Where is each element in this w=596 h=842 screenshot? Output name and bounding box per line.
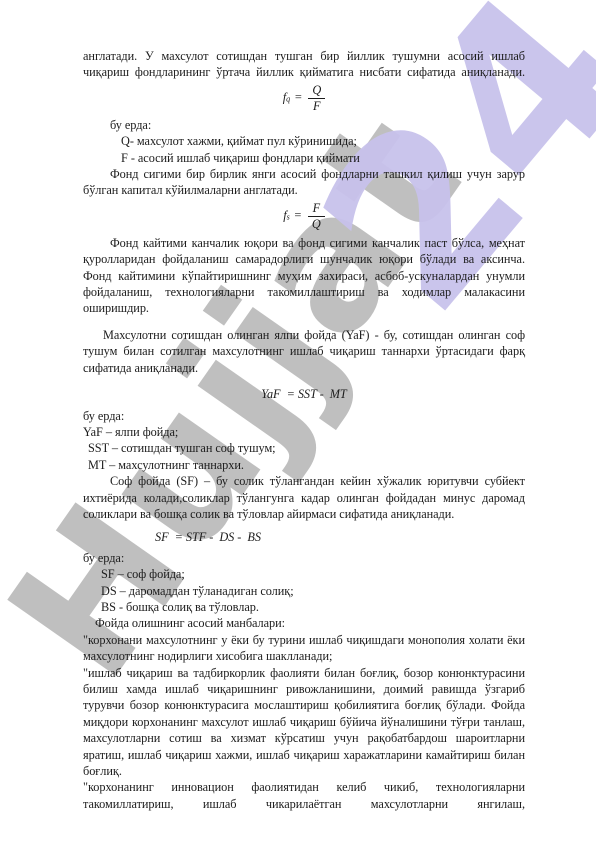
where2-item-mt: MT – махсулотнинг таннархи. xyxy=(83,457,525,473)
profit-source-item-monopoly: "корхонани махсулотнинг у ёки бу турини … xyxy=(83,632,525,665)
formula1-numerator: Q xyxy=(308,83,325,99)
page-content: англатади. У махсулот сотишдан тушган би… xyxy=(0,0,596,812)
paragraph-sof-foyda-definition: Соф фойда (SF) – бу солик тўлангандан ке… xyxy=(83,473,525,522)
formula1-equals: = xyxy=(290,90,304,104)
formula1-denominator: F xyxy=(308,99,325,114)
formula2-equals: = xyxy=(290,208,304,222)
formula-sof-foyda: SF = STF - DS - BS xyxy=(155,529,525,545)
paragraph-fond-qaytimi-discussion: Фонд кайтими канчалик юқори ва фонд сиги… xyxy=(83,235,525,317)
document-page: Hujjat 24 англатади. У махсулот сотишдан… xyxy=(0,0,596,842)
where2-item-sst: SST – сотишдан тушган соф тушум; xyxy=(83,440,525,456)
formula1-fraction: QF xyxy=(308,83,325,114)
where2-label: бу ерда: xyxy=(83,408,525,424)
formula-fond-sigimi: fs=FQ xyxy=(83,201,525,232)
formula-fond-qaytimi: fq=QF xyxy=(83,83,525,114)
paragraph-yalpi-foyda-definition: Махсулотни сотишдан олинган ялпи фойда (… xyxy=(83,327,525,376)
paragraph-fond-qaytimi-definition: англатади. У махсулот сотишдан тушган би… xyxy=(83,48,525,81)
profit-source-item-innovation: "корхонанинг инновацион фаолиятидан кели… xyxy=(83,779,525,812)
formula2-denominator: Q xyxy=(308,217,325,232)
paragraph-fond-sigimi-definition: Фонд сигими бир бирлик янги асосий фондл… xyxy=(83,166,525,199)
where3-item-sf: SF – соф фойда; xyxy=(83,566,525,582)
where3-item-ds: DS – даромаддан тўланадиган солиқ; xyxy=(83,583,525,599)
where1-label: бу ерда: xyxy=(83,117,525,133)
formula-yalpi-foyda: YaF = SST - MT xyxy=(83,386,525,402)
where3-item-bs: BS - бошқа солиқ ва тўловлар. xyxy=(83,599,525,615)
where3-label: бу ерда: xyxy=(83,550,525,566)
profit-source-item-market: "ишлаб чиқариш ва тадбиркорлик фаолияти … xyxy=(83,665,525,780)
formula2-fraction: FQ xyxy=(308,201,325,232)
formula2-numerator: F xyxy=(308,201,325,217)
where1-item-q: Q- махсулот хажми, қиймат пул кўринишида… xyxy=(83,133,525,149)
where1-item-f: F - асосий ишлаб чиқариш фондлари қиймат… xyxy=(83,150,525,166)
profit-sources-heading: Фойда олишнинг асосий манбалари: xyxy=(83,615,525,631)
where2-item-yaf: YaF – ялпи фойда; xyxy=(83,424,525,440)
